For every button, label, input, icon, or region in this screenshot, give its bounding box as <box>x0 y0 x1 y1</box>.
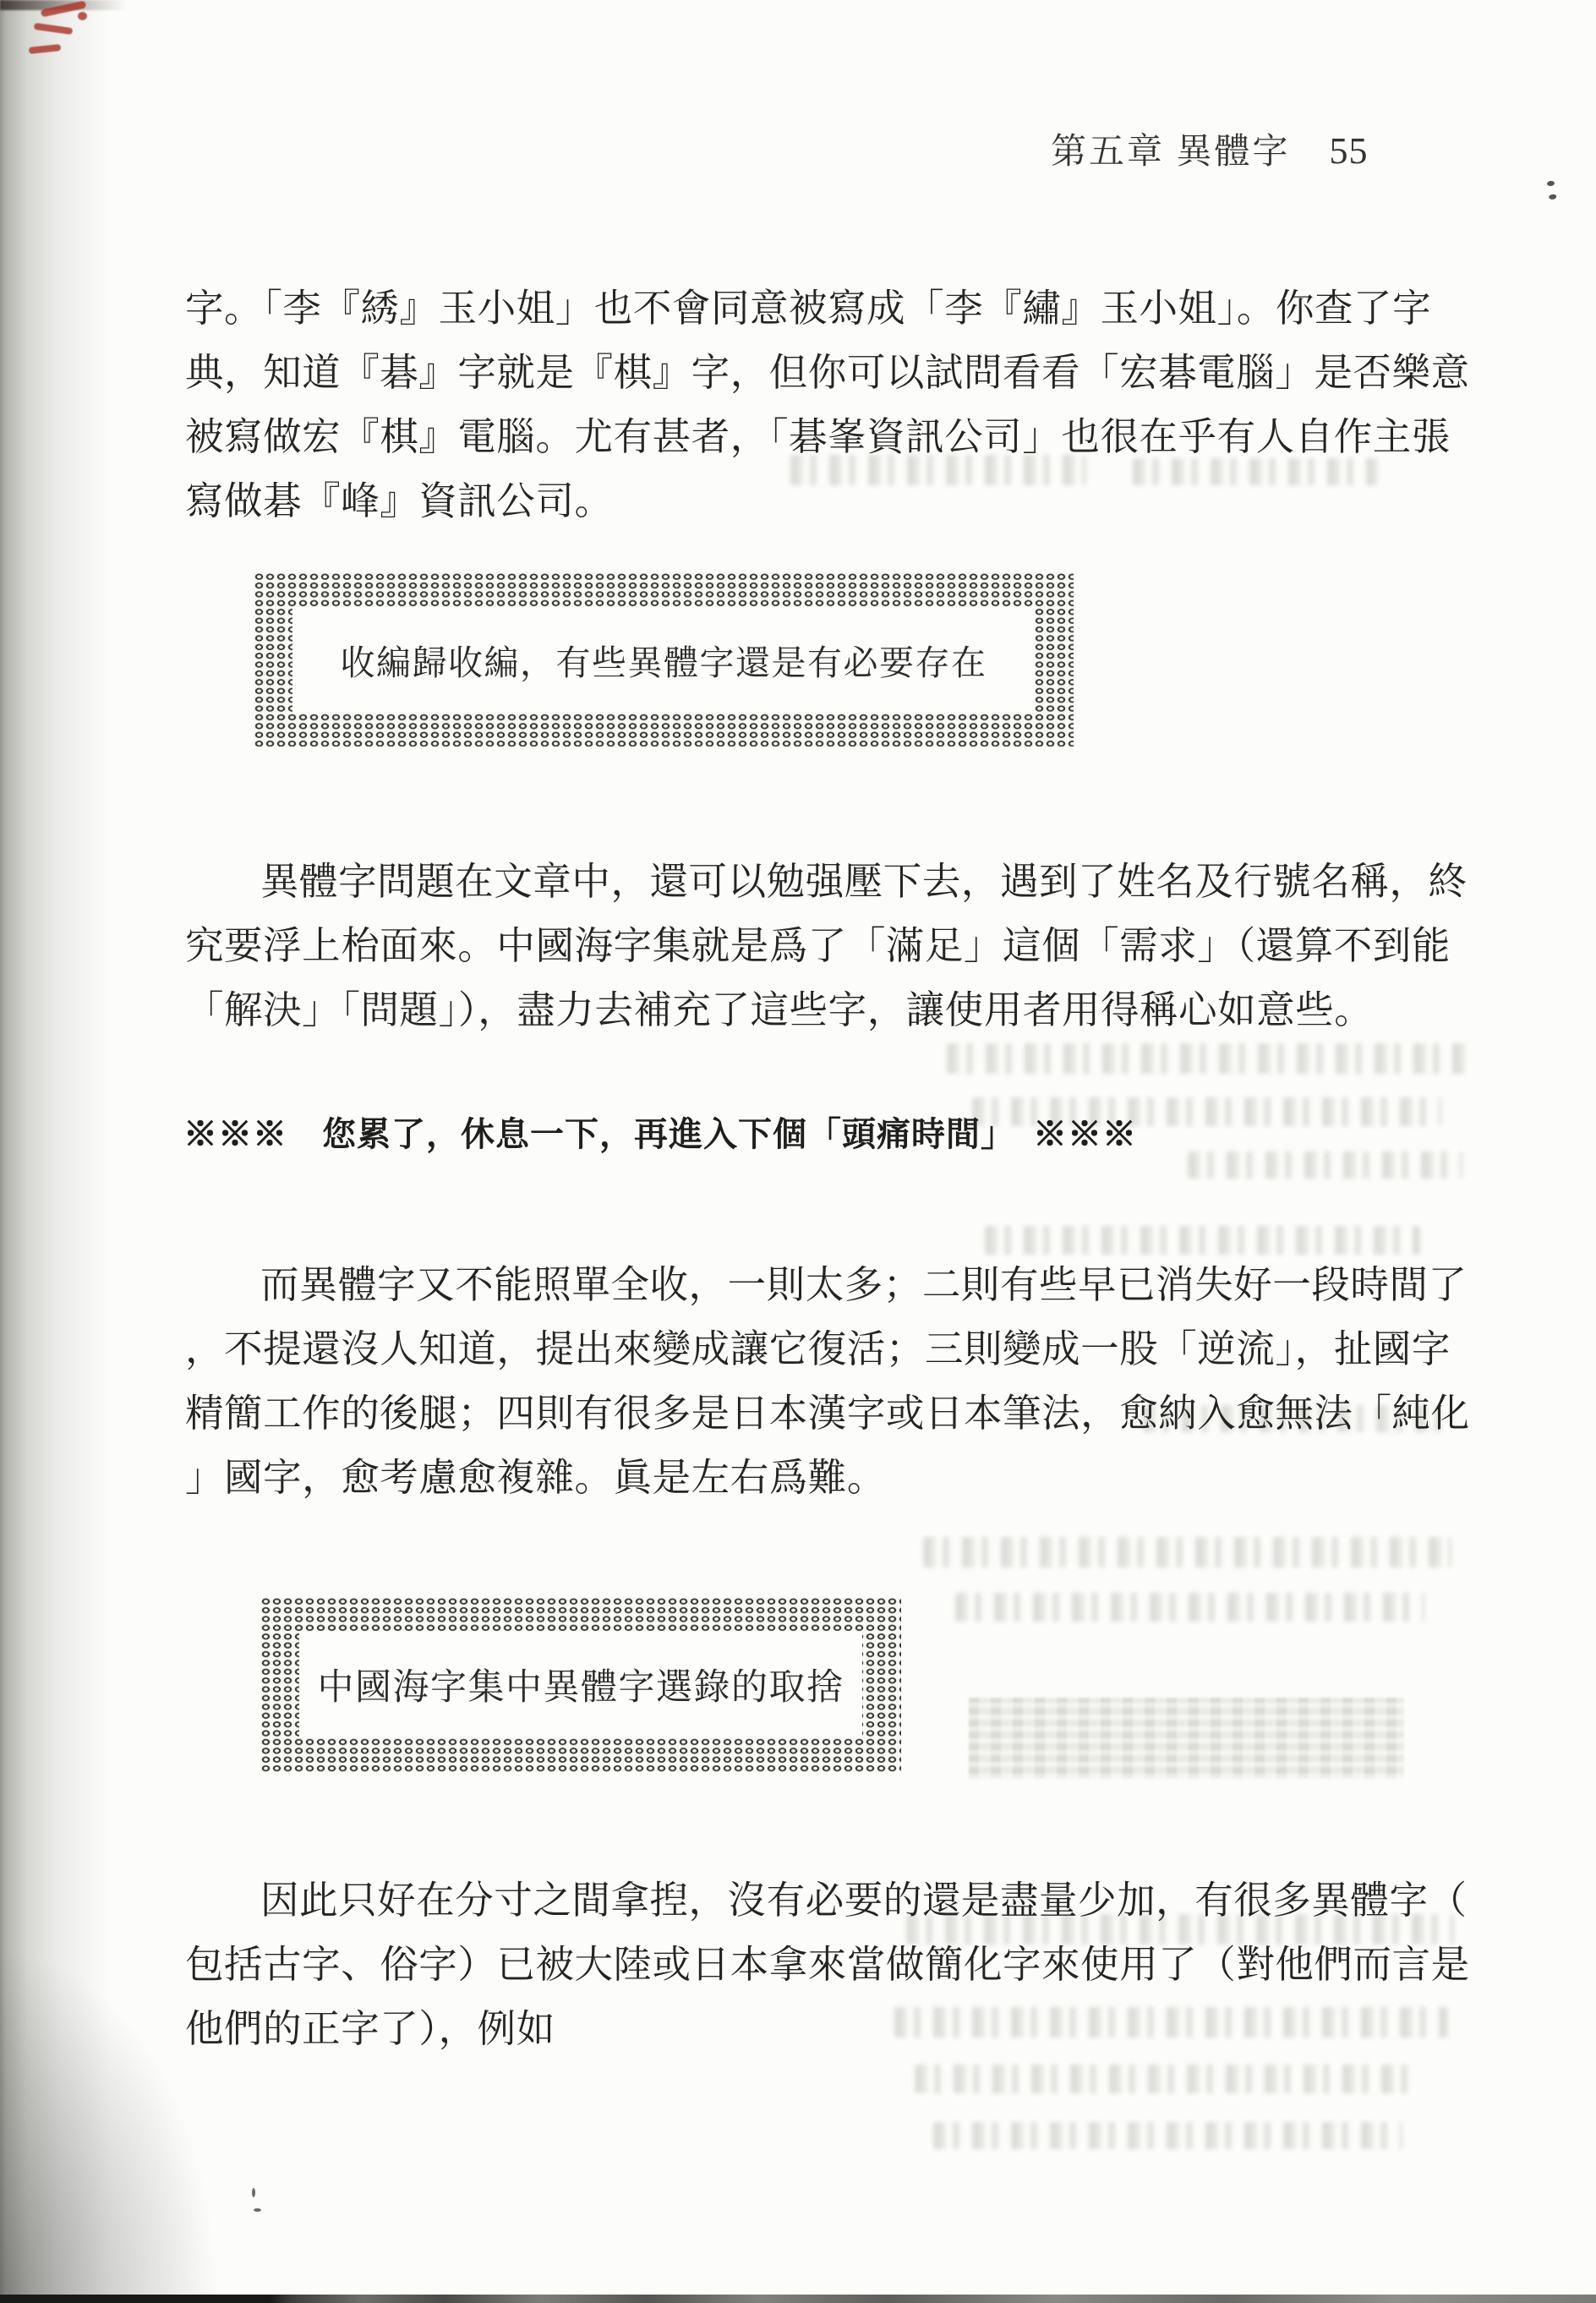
book-page-scan: 第五章 異體字 55 字。「李『綉』玉小姐」也不會同意被寫成「李『繡』玉小姐」。… <box>0 0 1596 2303</box>
paragraph-4: 因此只好在分寸之間拿揑，沒有必要的還是盡量少加，有很多異體字（ 包括古字、俗字）… <box>185 1868 1491 2061</box>
callout-box-1: 收編歸收編，有些異體字還是有必要存在 <box>254 572 1074 747</box>
bleedthrough-ghost <box>915 2065 1420 2093</box>
scan-speck <box>254 2208 261 2212</box>
bleedthrough-ghost <box>1188 1151 1462 1179</box>
scan-speck <box>252 2188 255 2197</box>
scan-bottom-edge <box>0 2295 1596 2303</box>
paragraph-1: 字。「李『綉』玉小姐」也不會同意被寫成「李『繡』玉小姐」。你查了字 典，知道『碁… <box>185 276 1491 533</box>
rest-break-note: ※※※ 您累了，休息一下，再進入下個「頭痛時間」 ※※※ <box>183 1108 1137 1156</box>
paragraph-2: 異體字問題在文章中，還可以勉强壓下去，遇到了姓名及行號名稱，終 究要浮上枱面來。… <box>185 850 1491 1042</box>
paragraph-3: 而異體字又不能照單全收，一則太多；二則有些早已消失好一段時間了 ，不提還沒人知道… <box>185 1253 1491 1510</box>
chapter-title: 第五章 異體字 <box>1051 123 1291 174</box>
scan-left-shadow <box>0 0 114 2303</box>
callout-box-2-title: 中國海字集中異體字選錄的取捨 <box>299 1632 862 1737</box>
bleedthrough-ghost-box <box>969 1698 1404 1779</box>
bleedthrough-ghost <box>955 1593 1424 1622</box>
red-ink-mark <box>29 44 62 54</box>
scan-speck <box>1547 180 1555 186</box>
red-ink-mark <box>34 23 74 35</box>
bleedthrough-ghost <box>947 1043 1467 1074</box>
running-head: 第五章 異體字 55 <box>1051 123 1369 174</box>
bleedthrough-ghost <box>923 1537 1451 1567</box>
callout-box-1-title: 收編歸收編，有些異體字還是有必要存在 <box>292 607 1035 712</box>
page-number: 55 <box>1330 129 1369 172</box>
red-ink-mark <box>78 12 87 20</box>
bleedthrough-ghost <box>985 1226 1420 1255</box>
bleedthrough-ghost <box>933 2122 1402 2149</box>
callout-box-2: 中國海字集中異體字選錄的取捨 <box>260 1597 901 1772</box>
